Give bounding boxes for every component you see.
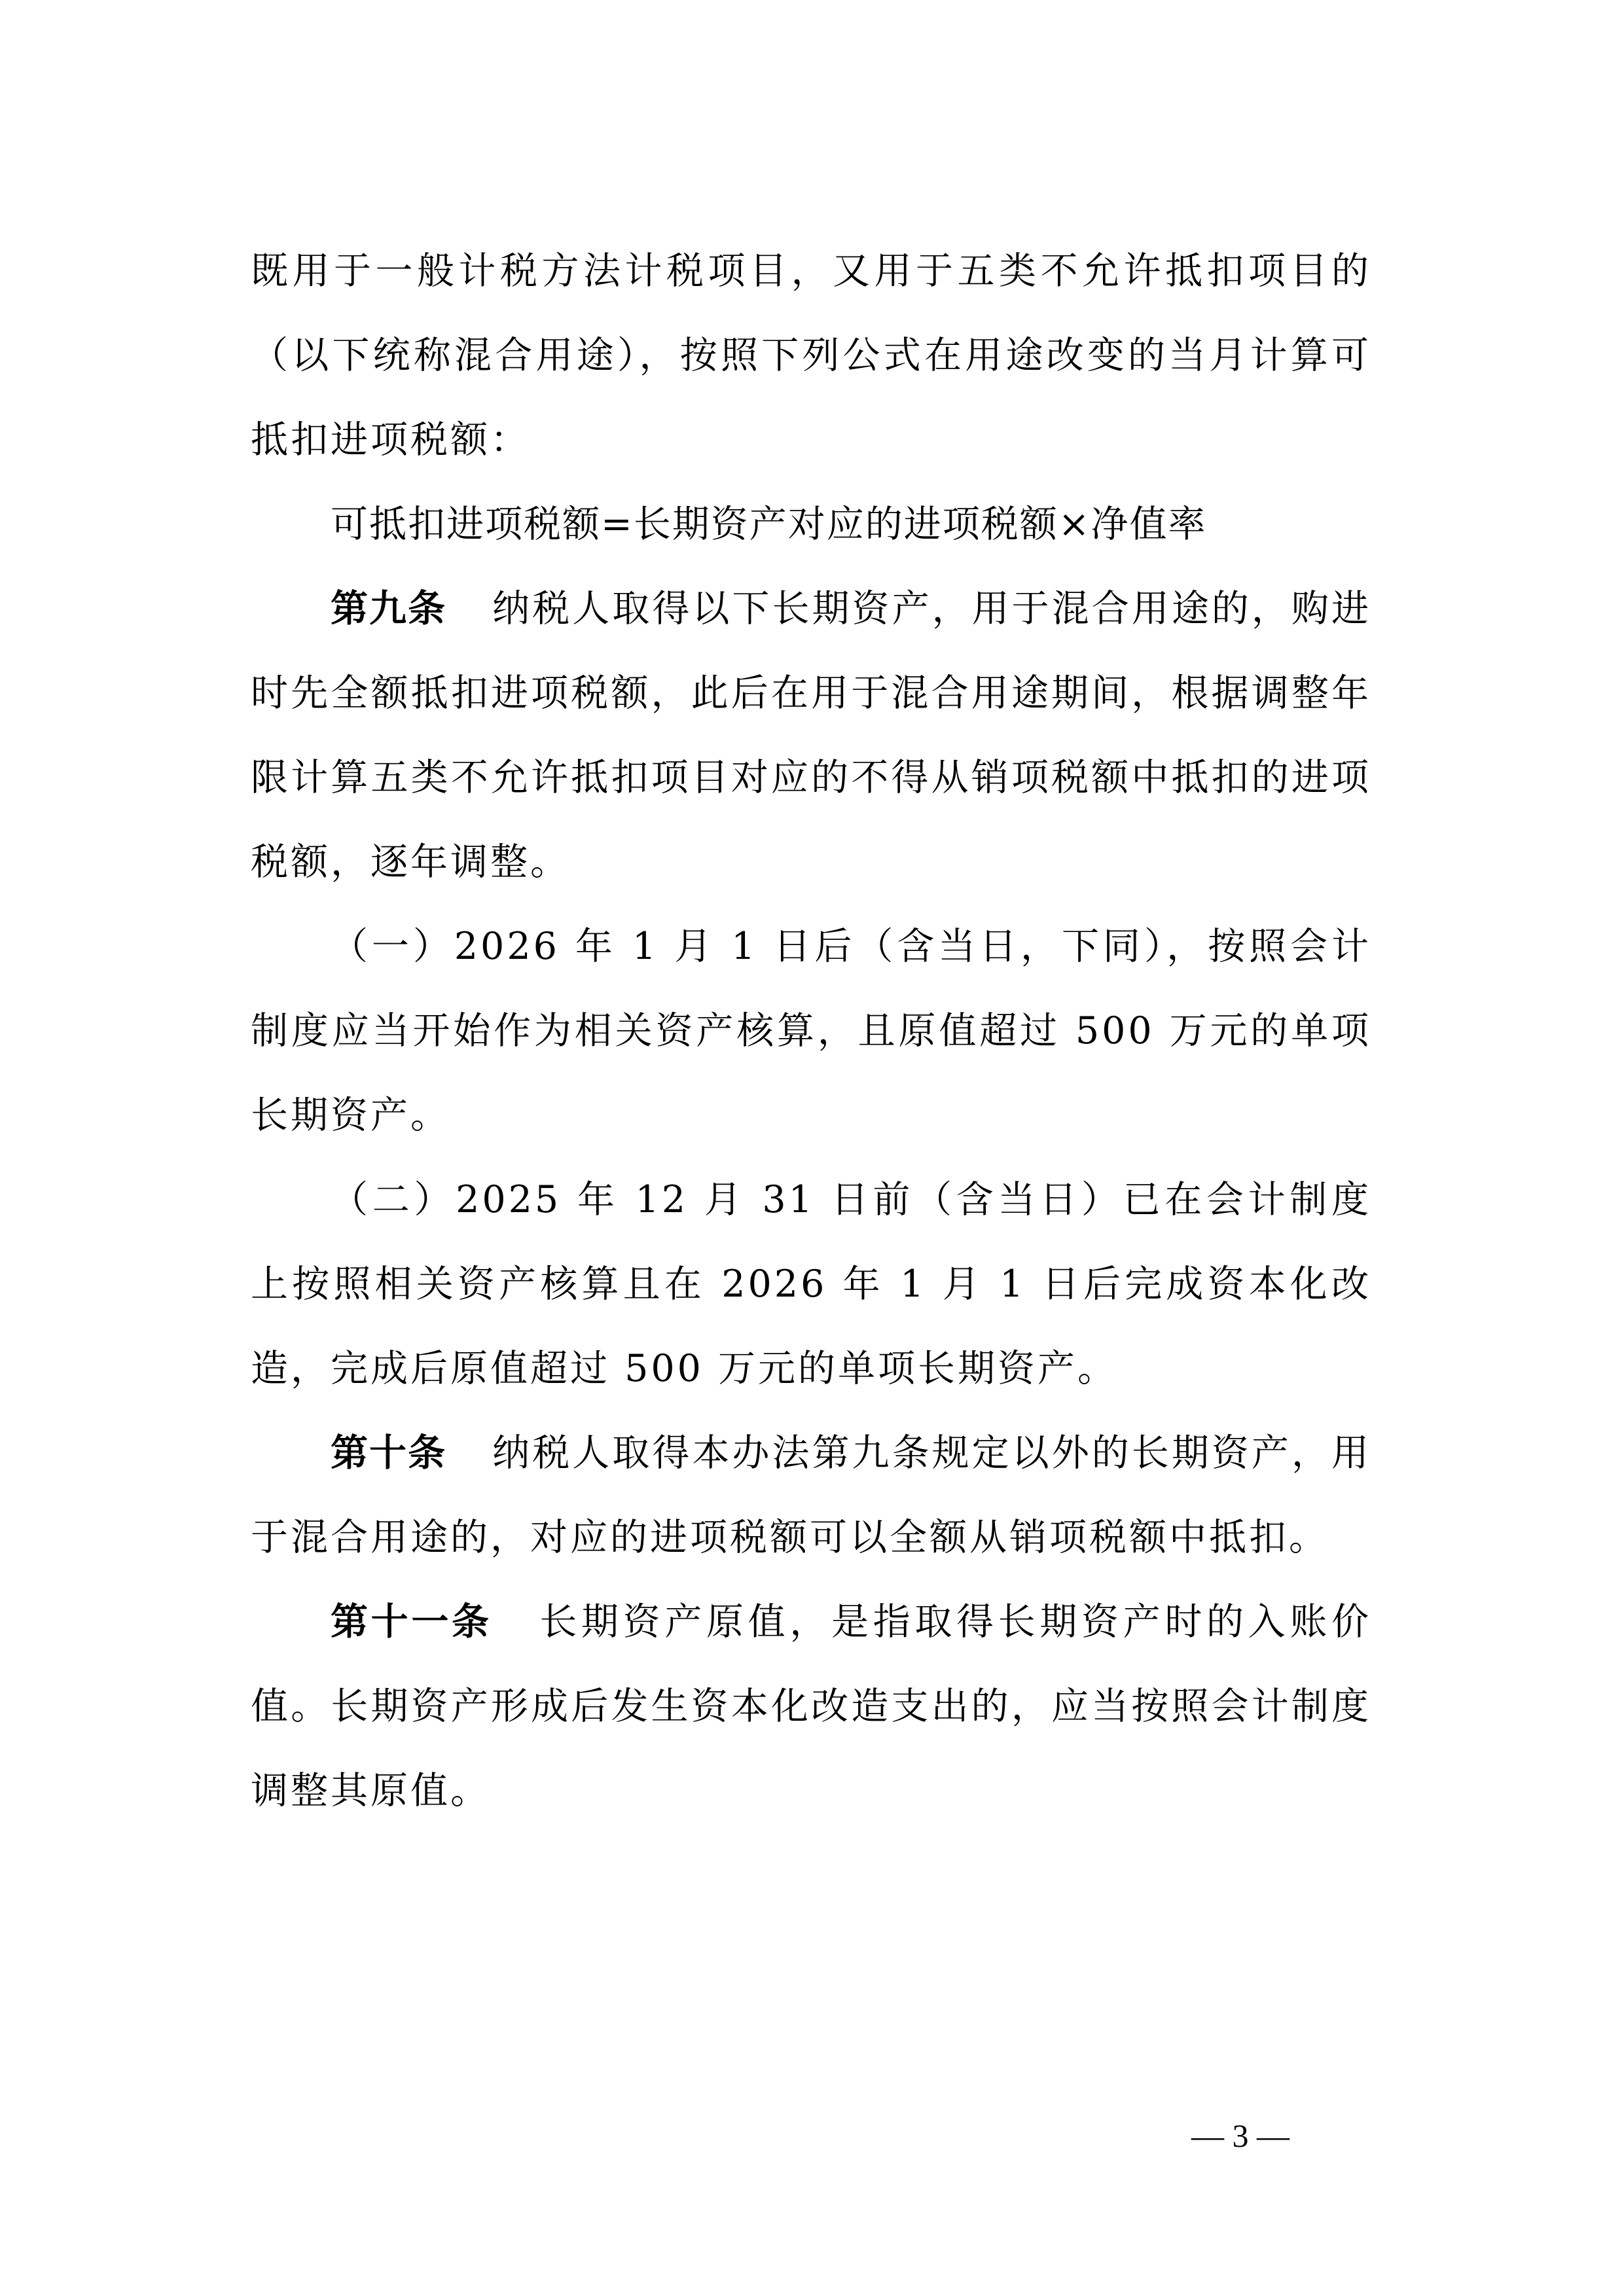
article-9: 第九条纳税人取得以下长期资产，用于混合用途的，购进时先全额抵扣进项税额，此后在用… [251,567,1371,905]
formula-line: 可抵扣进项税额=长期资产对应的进项税额×净值率 [251,482,1371,567]
item-text: （一）2026 年 1 月 1 日后（含当日，下同），按照会计制度应当开始作为相… [251,925,1371,1137]
document-page: 既用于一般计税方法计税项目，又用于五类不允许抵扣项目的（以下统称混合用途），按照… [0,0,1624,2296]
item-text: （二）2025 年 12 月 31 日前（含当日）已在会计制度上按照相关资产核算… [251,1178,1371,1390]
article-text: 纳税人取得以下长期资产，用于混合用途的，购进时先全额抵扣进项税额，此后在用于混合… [251,587,1371,884]
article-heading: 第十条 [331,1431,446,1475]
article-10: 第十条纳税人取得本办法第九条规定以外的长期资产，用于混合用途的，对应的进项税额可… [251,1411,1371,1580]
article-11: 第十一条长期资产原值，是指取得长期资产时的入账价值。长期资产形成后发生资本化改造… [251,1580,1371,1833]
formula-text: 可抵扣进项税额=长期资产对应的进项税额×净值率 [331,503,1207,546]
page-number: — 3 — [1191,2113,1290,2159]
document-body: 既用于一般计税方法计税项目，又用于五类不允许抵扣项目的（以下统称混合用途），按照… [251,229,1371,1833]
article-9-item-1: （一）2026 年 1 月 1 日后（含当日，下同），按照会计制度应当开始作为相… [251,905,1371,1158]
article-9-item-2: （二）2025 年 12 月 31 日前（含当日）已在会计制度上按照相关资产核算… [251,1158,1371,1411]
paragraph-text: 既用于一般计税方法计税项目，又用于五类不允许抵扣项目的（以下统称混合用途），按照… [251,249,1371,461]
paragraph-continuation: 既用于一般计税方法计税项目，又用于五类不允许抵扣项目的（以下统称混合用途），按照… [251,229,1371,482]
article-heading: 第十一条 [331,1600,492,1643]
article-heading: 第九条 [331,587,446,630]
